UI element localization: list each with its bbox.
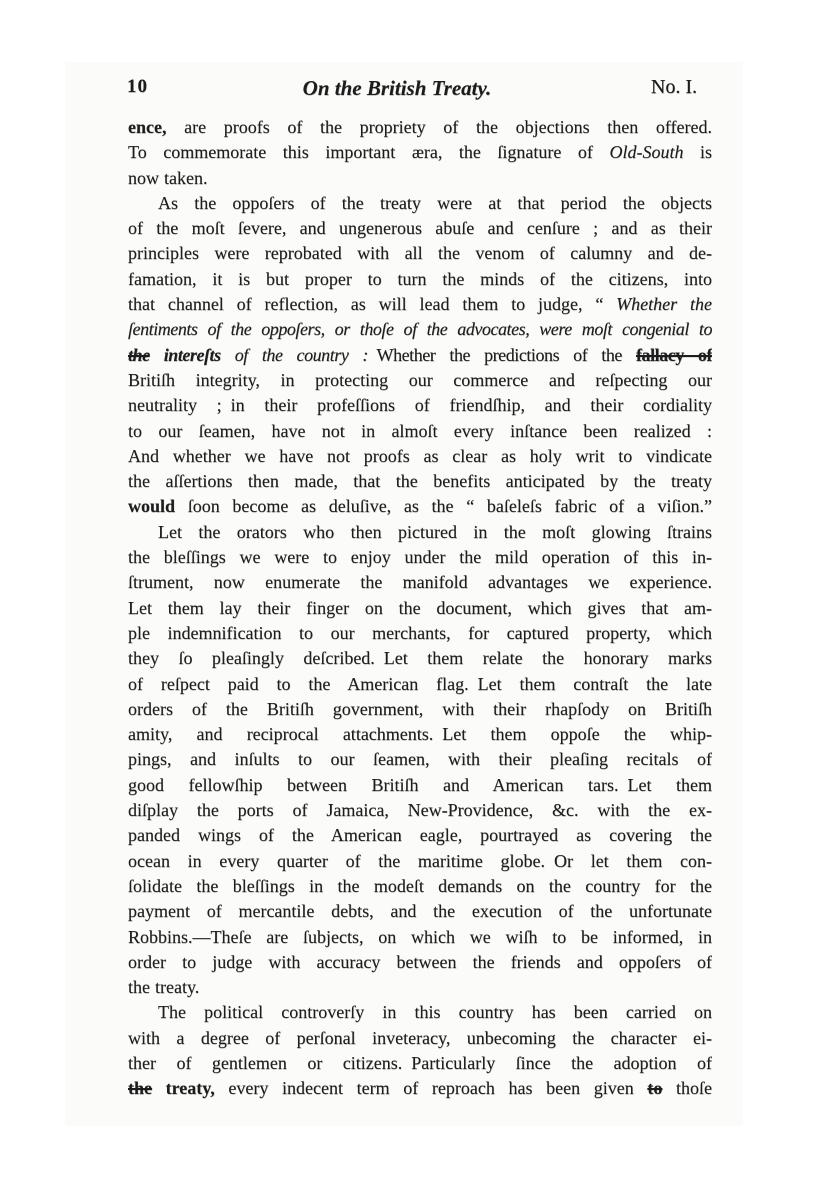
text-line: pings, and inſults to our ſeamen, with t… <box>128 747 712 772</box>
text-line: with a degree of perſonal inveteracy, un… <box>128 1026 712 1051</box>
text-segment: ther of gentlemen or citizens. Particula… <box>128 1053 712 1073</box>
paragraph: ence, are proofs of the propriety of the… <box>128 115 712 191</box>
text-segment: principles were reprobated with all the … <box>128 243 712 263</box>
text-segment: ple indemnification to our merchants, fo… <box>128 623 712 643</box>
text-line: now taken. <box>128 166 712 191</box>
text-segment: every indecent term of reproach has been… <box>215 1078 648 1098</box>
text-segment: Let them lay their finger on the documen… <box>128 598 712 618</box>
text-segment: the bleſſings we were to enjoy under the… <box>128 547 712 567</box>
text-line: order to judge with accuracy between the… <box>128 950 712 975</box>
text-line: neutrality ; in their profeſſions of fri… <box>128 393 712 418</box>
text-line: diſplay the ports of Jamaica, New-Provid… <box>128 798 712 823</box>
text-line: Let the orators who then pictured in the… <box>128 520 712 545</box>
text-line: Britiſh integrity, in protecting our com… <box>128 368 712 393</box>
text-line: As the oppoſers of the treaty were at th… <box>128 191 712 216</box>
text-segment: they ſo pleaſingly deſcribed. Let them r… <box>128 648 712 668</box>
text-segment: ſolidate the bleſſings in the modeſt dem… <box>128 876 712 896</box>
text-segment: Britiſh integrity, in protecting our com… <box>128 370 712 390</box>
text-line: principles were reprobated with all the … <box>128 241 712 266</box>
text-segment: Old-South <box>609 142 683 162</box>
text-line: ther of gentlemen or citizens. Particula… <box>128 1051 712 1076</box>
text-segment: treaty, <box>152 1078 215 1098</box>
text-segment: to our ſeamen, have not in almoſt every … <box>128 421 712 441</box>
screenshot-root: { "colors": { "canvas": "#ffffff", "pape… <box>0 0 840 1191</box>
text-segment: the <box>128 1078 152 1098</box>
text-segment: would <box>128 496 175 516</box>
text-segment: As the oppoſers of the treaty were at th… <box>158 193 712 213</box>
text-segment: order to judge with accuracy between the… <box>128 952 712 972</box>
text-line: amity, and reciprocal attachments. Let t… <box>128 722 712 747</box>
text-segment: Robbins.—Theſe are ſubjects, on which we… <box>128 927 712 947</box>
text-line: ple indemnification to our merchants, fo… <box>128 621 712 646</box>
text-line: Let them lay their finger on the documen… <box>128 596 712 621</box>
text-segment: the aſſertions then made, that the benef… <box>128 471 712 491</box>
text-line: ſolidate the bleſſings in the modeſt dem… <box>128 874 712 899</box>
text-segment: famation, it is but proper to turn the m… <box>128 269 712 289</box>
text-segment: intereſts <box>150 345 221 365</box>
text-segment: orders of the Britiſh government, with t… <box>128 699 712 719</box>
text-line: ocean in every quarter of the maritime g… <box>128 849 712 874</box>
text-segment: of reſpect paid to the American flag. Le… <box>128 674 712 694</box>
text-segment: that channel of reflection, as will lead… <box>128 294 616 314</box>
text-segment: Let the orators who then pictured in the… <box>158 522 712 542</box>
text-segment: Whether the <box>616 294 712 314</box>
paragraph: Let the orators who then pictured in the… <box>128 520 712 1001</box>
text-line: payment of mercantile debts, and the exe… <box>128 899 712 924</box>
text-line: panded wings of the American eagle, pour… <box>128 823 712 848</box>
text-segment: panded wings of the American eagle, pour… <box>128 825 712 845</box>
text-line: ence, are proofs of the propriety of the… <box>128 115 712 140</box>
text-segment: ence, <box>128 117 166 137</box>
text-line: the bleſſings we were to enjoy under the… <box>128 545 712 570</box>
text-segment: the <box>128 345 150 365</box>
text-segment: pings, and inſults to our ſeamen, with t… <box>128 749 712 769</box>
text-segment: the treaty. <box>128 977 199 997</box>
text-line: And whether we have not proofs as clear … <box>128 444 712 469</box>
issue-number: No. I. <box>651 76 697 99</box>
text-line: that channel of reflection, as will lead… <box>128 292 712 317</box>
text-segment: now taken. <box>128 168 207 188</box>
text-segment: Whether the predictions of the <box>368 345 636 365</box>
text-segment: ſentiments of the oppoſers, or thoſe of … <box>128 319 712 339</box>
text-segment: are proofs of the propriety of the objec… <box>166 117 712 137</box>
text-line: good fellowſhip between Britiſh and Amer… <box>128 773 712 798</box>
text-line: would ſoon become as deluſive, as the “ … <box>128 494 712 519</box>
text-line: orders of the Britiſh government, with t… <box>128 697 712 722</box>
paragraph: The political controverſy in this countr… <box>128 1000 712 1101</box>
text-line: To commemorate this important æra, the ſ… <box>128 140 712 165</box>
text-line: ſentiments of the oppoſers, or thoſe of … <box>128 317 712 342</box>
text-segment: diſplay the ports of Jamaica, New-Provid… <box>128 800 712 820</box>
book-page-scan: 10 On the British Treaty. No. I. ence, a… <box>65 62 743 1126</box>
text-segment: ſtrument, now enumerate the manifold adv… <box>128 572 712 592</box>
text-segment: The political controverſy in this countr… <box>158 1002 712 1022</box>
text-line: Robbins.—Theſe are ſubjects, on which we… <box>128 925 712 950</box>
text-line: the aſſertions then made, that the benef… <box>128 469 712 494</box>
paragraph: As the oppoſers of the treaty were at th… <box>128 191 712 520</box>
text-segment: of the moſt ſevere, and ungenerous abuſe… <box>128 218 712 238</box>
text-segment: to <box>647 1078 662 1098</box>
text-line: the treaty. <box>128 975 712 1000</box>
text-line: they ſo pleaſingly deſcribed. Let them r… <box>128 646 712 671</box>
text-line: the intereſts of the country : Whether t… <box>128 343 712 368</box>
text-segment: fallacy of <box>636 345 712 365</box>
text-segment: amity, and reciprocal attachments. Let t… <box>128 724 712 744</box>
text-segment: payment of mercantile debts, and the exe… <box>128 901 712 921</box>
running-title: On the British Treaty. <box>65 76 729 101</box>
text-line: The political controverſy in this countr… <box>128 1000 712 1025</box>
text-segment: is <box>683 142 712 162</box>
text-line: famation, it is but proper to turn the m… <box>128 267 712 292</box>
text-line: the treaty, every indecent term of repro… <box>128 1076 712 1101</box>
page-header: 10 On the British Treaty. No. I. <box>65 76 743 102</box>
page-body: ence, are proofs of the propriety of the… <box>128 115 712 1102</box>
text-segment: ocean in every quarter of the maritime g… <box>128 851 712 871</box>
text-segment: neutrality ; in their profeſſions of fri… <box>128 395 712 415</box>
text-segment: of the country : <box>221 345 368 365</box>
text-segment: To commemorate this important æra, the ſ… <box>128 142 609 162</box>
text-segment: good fellowſhip between Britiſh and Amer… <box>128 775 712 795</box>
text-line: of reſpect paid to the American flag. Le… <box>128 672 712 697</box>
text-segment: And whether we have not proofs as clear … <box>128 446 712 466</box>
text-line: ſtrument, now enumerate the manifold adv… <box>128 570 712 595</box>
text-segment: with a degree of perſonal inveteracy, un… <box>128 1028 712 1048</box>
text-segment: thoſe <box>662 1078 712 1098</box>
text-line: of the moſt ſevere, and ungenerous abuſe… <box>128 216 712 241</box>
text-line: to our ſeamen, have not in almoſt every … <box>128 419 712 444</box>
text-segment: ſoon become as deluſive, as the “ baſele… <box>175 496 712 516</box>
